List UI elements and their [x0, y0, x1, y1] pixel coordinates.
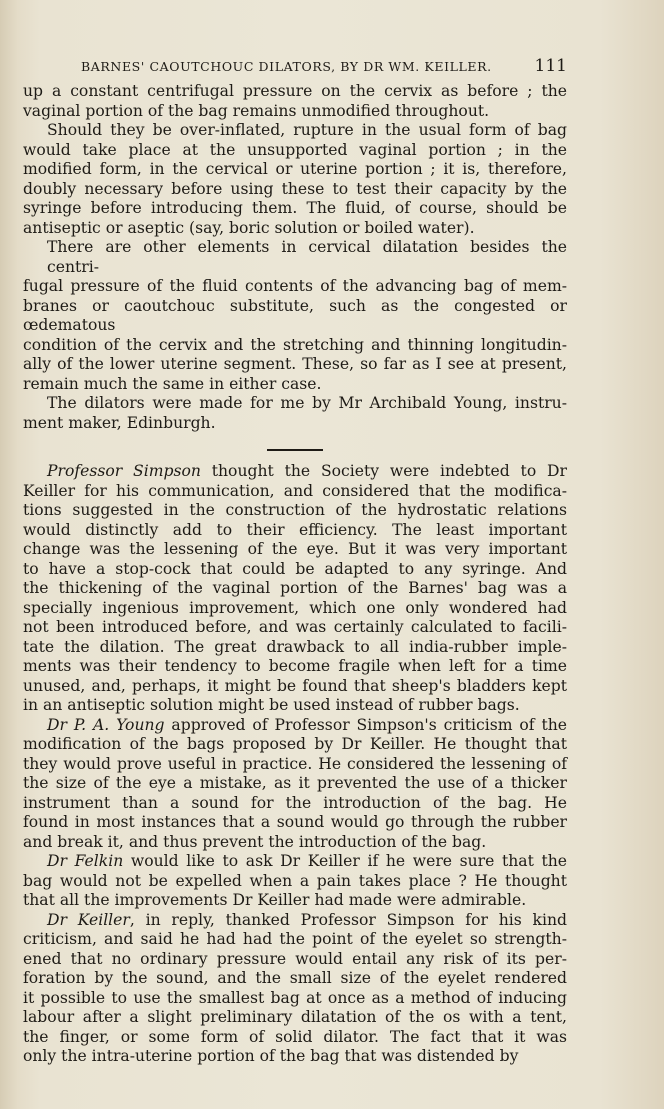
text-line: fugal pressure of the fluid contents of …	[23, 277, 567, 297]
text-line: they would prove useful in practice. He …	[23, 755, 567, 775]
speaker-remark: would like to ask Dr Keiller if he were …	[123, 852, 567, 870]
text-line: the thickening of the vaginal portion of…	[23, 579, 567, 599]
text-line: modification of the bags proposed by Dr …	[23, 735, 567, 755]
discussion-paragraph: Dr Felkin would like to ask Dr Keiller i…	[23, 852, 567, 911]
book-page: BARNES' CAOUTCHOUC DILATORS, BY DR WM. K…	[23, 56, 567, 1067]
text-line: up a constant centrifugal pressure on th…	[23, 82, 567, 102]
text-line: ally of the lower uterine segment. These…	[23, 355, 567, 375]
text-line: would take place at the unsupported vagi…	[23, 141, 567, 161]
text-line: tions suggested in the construction of t…	[23, 501, 567, 521]
text-line: The dilators were made for me by Mr Arch…	[23, 394, 567, 414]
text-line: to have a stop-cock that could be adapte…	[23, 560, 567, 580]
text-line: that all the improvements Dr Keiller had…	[23, 891, 567, 911]
text-line: Keiller for his communication, and consi…	[23, 482, 567, 502]
body-paragraph: There are other elements in cervical dil…	[23, 238, 567, 394]
discussion-paragraph: Professor Simpson thought the Society we…	[23, 462, 567, 716]
text-line: Dr Keiller, in reply, thanked Professor …	[23, 911, 567, 931]
discussion-paragraph: Dr Keiller, in reply, thanked Professor …	[23, 911, 567, 1067]
text-line: antiseptic or aseptic (say, boric soluti…	[23, 219, 567, 239]
speaker-name: Professor Simpson	[47, 462, 201, 480]
text-line: the finger, or some form of solid dilato…	[23, 1028, 567, 1048]
text-line: criticism, and said he had had the point…	[23, 930, 567, 950]
article-body: up a constant centrifugal pressure on th…	[23, 82, 567, 433]
page-number: 111	[535, 56, 567, 76]
text-line: bag would not be expelled when a pain ta…	[23, 872, 567, 892]
text-line: remain much the same in either case.	[23, 375, 567, 395]
text-line: not been introduced before, and was cert…	[23, 618, 567, 638]
body-paragraph: up a constant centrifugal pressure on th…	[23, 82, 567, 121]
text-line: Dr P. A. Young approved of Professor Sim…	[23, 716, 567, 736]
text-line: tate the dilation. The great drawback to…	[23, 638, 567, 658]
speaker-remark: thought the Society were indebted to Dr	[201, 462, 567, 480]
text-line: There are other elements in cervical dil…	[23, 238, 567, 277]
text-line: ments was their tendency to become fragi…	[23, 657, 567, 677]
text-line: condition of the cervix and the stretchi…	[23, 336, 567, 356]
speaker-name: Dr Felkin	[47, 852, 123, 870]
text-line: Should they be over-inflated, rupture in…	[23, 121, 567, 141]
text-line: vaginal portion of the bag remains unmod…	[23, 102, 567, 122]
section-divider-rule	[267, 449, 323, 451]
text-line: and break it, and thus prevent the intro…	[23, 833, 567, 853]
body-paragraph: Should they be over-inflated, rupture in…	[23, 121, 567, 238]
text-line: doubly necessary before using these to t…	[23, 180, 567, 200]
speaker-name: Dr Keiller	[47, 911, 130, 929]
text-line: would distinctly add to their efficiency…	[23, 521, 567, 541]
text-line: ened that no ordinary pressure would ent…	[23, 950, 567, 970]
text-line: Professor Simpson thought the Society we…	[23, 462, 567, 482]
running-head: BARNES' CAOUTCHOUC DILATORS, BY DR WM. K…	[23, 56, 567, 82]
body-paragraph: The dilators were made for me by Mr Arch…	[23, 394, 567, 433]
text-line: Dr Felkin would like to ask Dr Keiller i…	[23, 852, 567, 872]
text-line: foration by the sound, and the small siz…	[23, 969, 567, 989]
text-line: found in most instances that a sound wou…	[23, 813, 567, 833]
speaker-name: Dr P. A. Young	[47, 716, 165, 734]
text-line: in an antiseptic solution might be used …	[23, 696, 567, 716]
text-line: only the intra-uterine portion of the ba…	[23, 1047, 567, 1067]
text-line: labour after a slight preliminary dilata…	[23, 1008, 567, 1028]
text-line: syringe before introducing them. The flu…	[23, 199, 567, 219]
text-line: it possible to use the smallest bag at o…	[23, 989, 567, 1009]
running-head-title: BARNES' CAOUTCHOUC DILATORS, BY DR WM. K…	[81, 59, 492, 74]
speaker-remark: , in reply, thanked Professor Simpson fo…	[130, 911, 567, 929]
discussion-paragraph: Dr P. A. Young approved of Professor Sim…	[23, 716, 567, 853]
text-line: the size of the eye a mistake, as it pre…	[23, 774, 567, 794]
text-line: branes or caoutchouc substitute, such as…	[23, 297, 567, 336]
text-line: instrument than a sound for the introduc…	[23, 794, 567, 814]
text-line: ment maker, Edinburgh.	[23, 414, 567, 434]
text-line: specially ingenious improvement, which o…	[23, 599, 567, 619]
discussion-section: Professor Simpson thought the Society we…	[23, 462, 567, 1067]
text-line: change was the lessening of the eye. But…	[23, 540, 567, 560]
text-line: modified form, in the cervical or uterin…	[23, 160, 567, 180]
text-line: unused, and, perhaps, it might be found …	[23, 677, 567, 697]
speaker-remark: approved of Professor Simpson's criticis…	[165, 716, 567, 734]
